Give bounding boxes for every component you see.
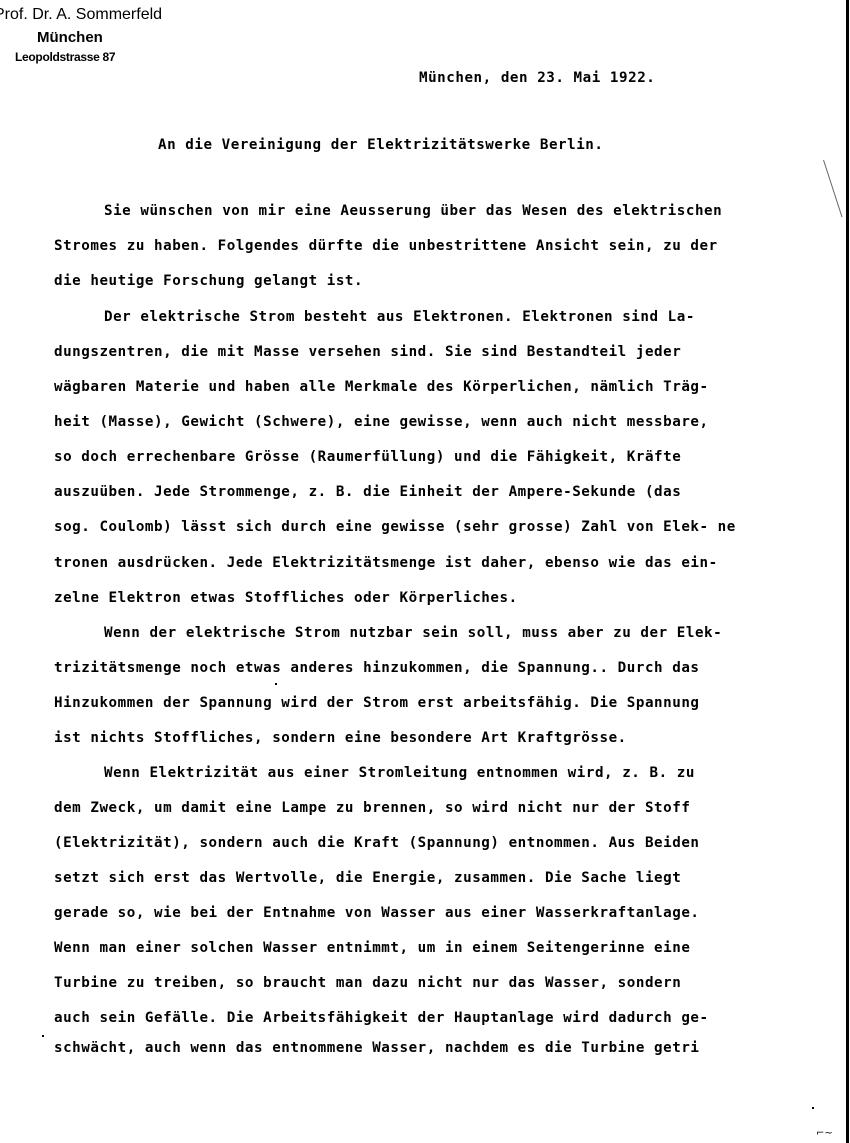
body-line: Der elektrische Strom besteht aus Elektr… [104, 310, 695, 324]
body-line: auch sein Gefälle. Die Arbeitsfähigkeit … [54, 1011, 709, 1025]
body-line: so doch errechenbare Grösse (Raumerfüllu… [54, 450, 681, 464]
body-line: Hinzukommen der Spannung wird der Strom … [54, 696, 700, 710]
date-line: München, den 23. Mai 1922. [419, 71, 655, 85]
scan-speck [812, 1107, 814, 1109]
body-line: trizitätsmenge noch etwas anderes hinzuk… [54, 661, 700, 675]
body-line: die heutige Forschung gelangt ist. [54, 274, 363, 288]
body-line: Stromes zu haben. Folgendes dürfte die u… [54, 239, 718, 253]
body-line: Turbine zu treiben, so braucht man dazu … [54, 976, 681, 990]
body-line: auszuüben. Jede Strommenge, z. B. die Ei… [54, 485, 681, 499]
addressee-line: An die Vereinigung der Elektrizitätswerk… [158, 138, 604, 152]
body-line: Wenn man einer solchen Wasser entnimmt, … [54, 941, 690, 955]
scan-speck [42, 1035, 44, 1037]
body-line: gerade so, wie bei der Entnahme von Wass… [54, 906, 700, 920]
body-line: zelne Elektron etwas Stoffliches oder Kö… [54, 591, 518, 605]
scan-mark: ⌐~ [816, 1128, 833, 1139]
letterhead-name: Prof. Dr. A. Sommerfeld [0, 6, 162, 24]
body-line: Sie wünschen von mir eine Aeusserung übe… [104, 204, 722, 218]
letterhead-street: Leopoldstrasse 87 [15, 50, 115, 64]
page-edge-line [846, 0, 849, 1143]
body-line: Wenn der elektrische Strom nutzbar sein … [104, 626, 722, 640]
page-crease [823, 160, 842, 217]
body-line: Wenn Elektrizität aus einer Stromleitung… [104, 766, 695, 780]
body-line: tronen ausdrücken. Jede Elektrizitätsmen… [54, 556, 718, 570]
body-line: heit (Masse), Gewicht (Schwere), eine ge… [54, 415, 709, 429]
letterhead-city: München [37, 29, 103, 46]
body-line: ist nichts Stoffliches, sondern eine bes… [54, 731, 627, 745]
body-line: dungszentren, die mit Masse versehen sin… [54, 345, 681, 359]
body-line: (Elektrizität), sondern auch die Kraft (… [54, 836, 700, 850]
body-line: setzt sich erst das Wertvolle, die Energ… [54, 871, 681, 885]
scan-speck [275, 683, 277, 685]
body-line: schwächt, auch wenn das entnommene Wasse… [54, 1041, 700, 1055]
body-line: dem Zweck, um damit eine Lampe zu brenne… [54, 801, 690, 815]
body-line: wägbaren Materie und haben alle Merkmale… [54, 380, 709, 394]
body-line: sog. Coulomb) lässt sich durch eine gewi… [54, 520, 736, 534]
